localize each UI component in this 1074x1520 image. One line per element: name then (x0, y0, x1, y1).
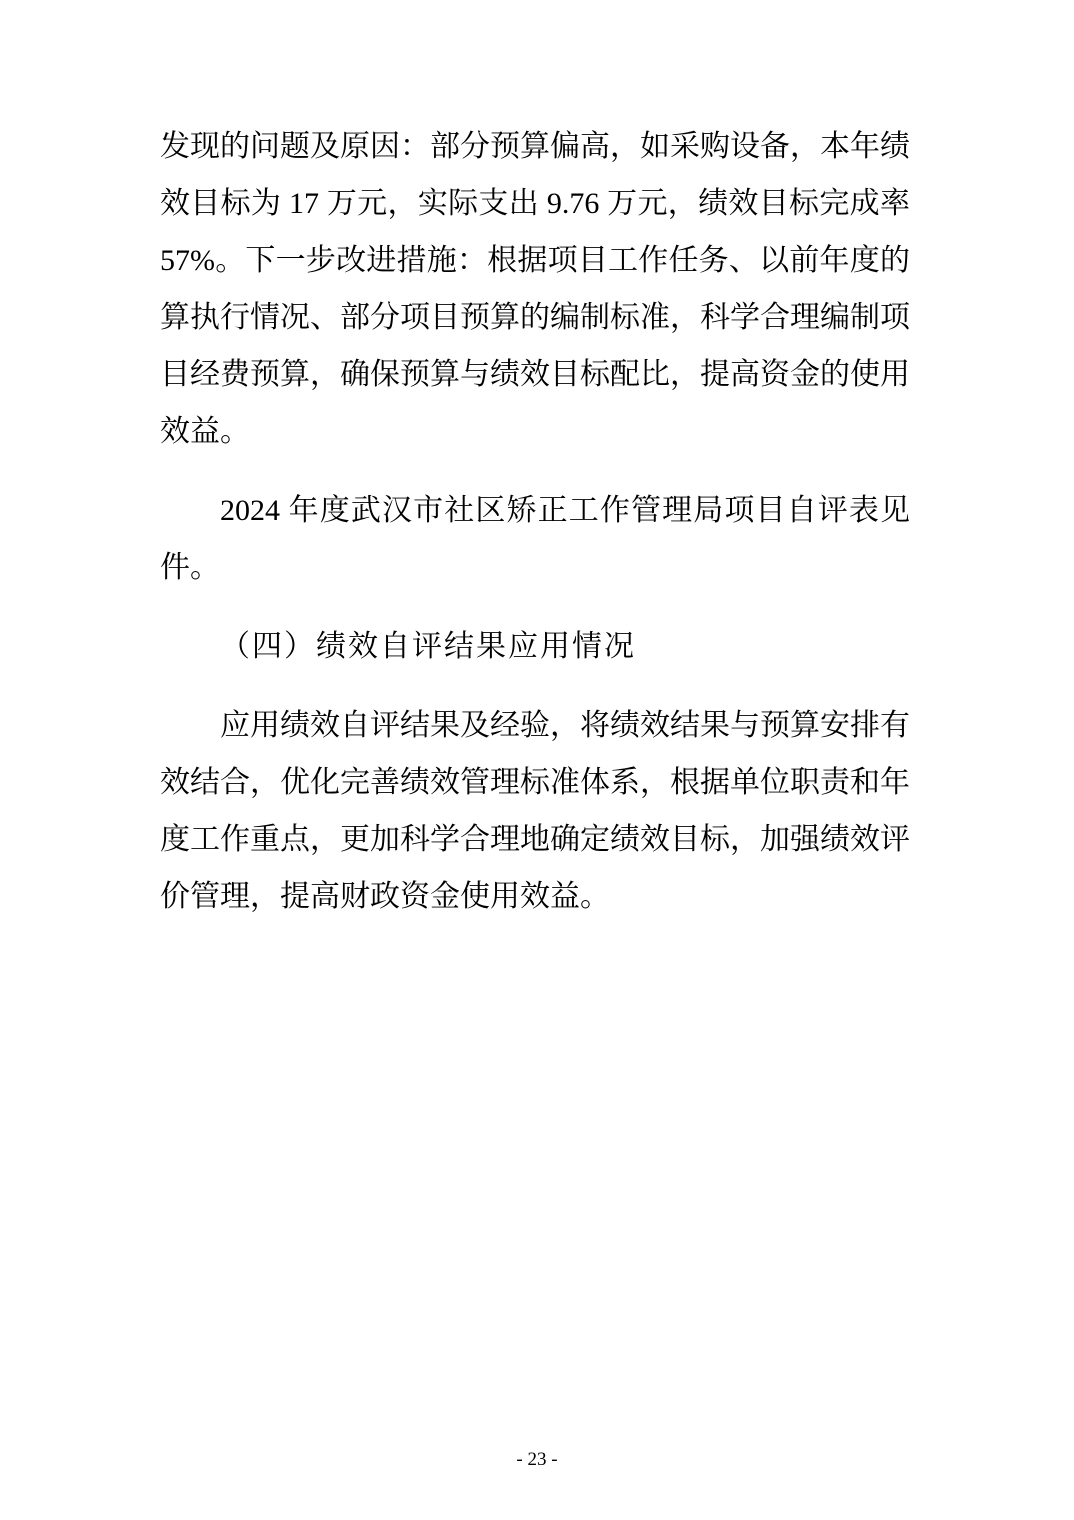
paragraph-line: 度工作重点，更加科学合理地确定绩效目标，加强绩效评 (160, 811, 910, 868)
paragraph-result-application: 应用绩效自评结果及经验，将绩效结果与预算安排有 效结合，优化完善绩效管理标准体系… (160, 697, 910, 925)
page-content: 发现的问题及原因：部分预算偏高，如采购设备，本年绩 效目标为 17 万元，实际支… (160, 118, 910, 925)
paragraph-line: 2024 年度武汉市社区矫正工作管理局项目自评表见附 (160, 482, 910, 539)
paragraph-self-evaluation-table: 2024 年度武汉市社区矫正工作管理局项目自评表见附 件。 (160, 482, 910, 596)
paragraph-line: 57%。下一步改进措施：根据项目工作任务、以前年度的预 (160, 232, 910, 289)
document-page: 发现的问题及原因：部分预算偏高，如采购设备，本年绩 效目标为 17 万元，实际支… (0, 0, 1074, 1520)
paragraph-line: 效益。 (160, 403, 910, 460)
paragraph-line: 算执行情况、部分项目预算的编制标准，科学合理编制项 (160, 289, 910, 346)
paragraph-line: 应用绩效自评结果及经验，将绩效结果与预算安排有 (160, 697, 910, 754)
section-heading: （四）绩效自评结果应用情况 (160, 618, 910, 675)
paragraph-line: 效目标为 17 万元，实际支出 9.76 万元，绩效目标完成率为 (160, 175, 910, 232)
paragraph-line: 价管理，提高财政资金使用效益。 (160, 868, 910, 925)
page-footer: - 23 - (0, 1448, 1074, 1472)
paragraph-line: 发现的问题及原因：部分预算偏高，如采购设备，本年绩 (160, 118, 910, 175)
paragraph-problems-and-measures: 发现的问题及原因：部分预算偏高，如采购设备，本年绩 效目标为 17 万元，实际支… (160, 118, 910, 460)
paragraph-line: 件。 (160, 539, 910, 596)
page-number: - 23 - (516, 1449, 557, 1470)
paragraph-line: 效结合，优化完善绩效管理标准体系，根据单位职责和年 (160, 754, 910, 811)
paragraph-line: 目经费预算，确保预算与绩效目标配比，提高资金的使用 (160, 346, 910, 403)
